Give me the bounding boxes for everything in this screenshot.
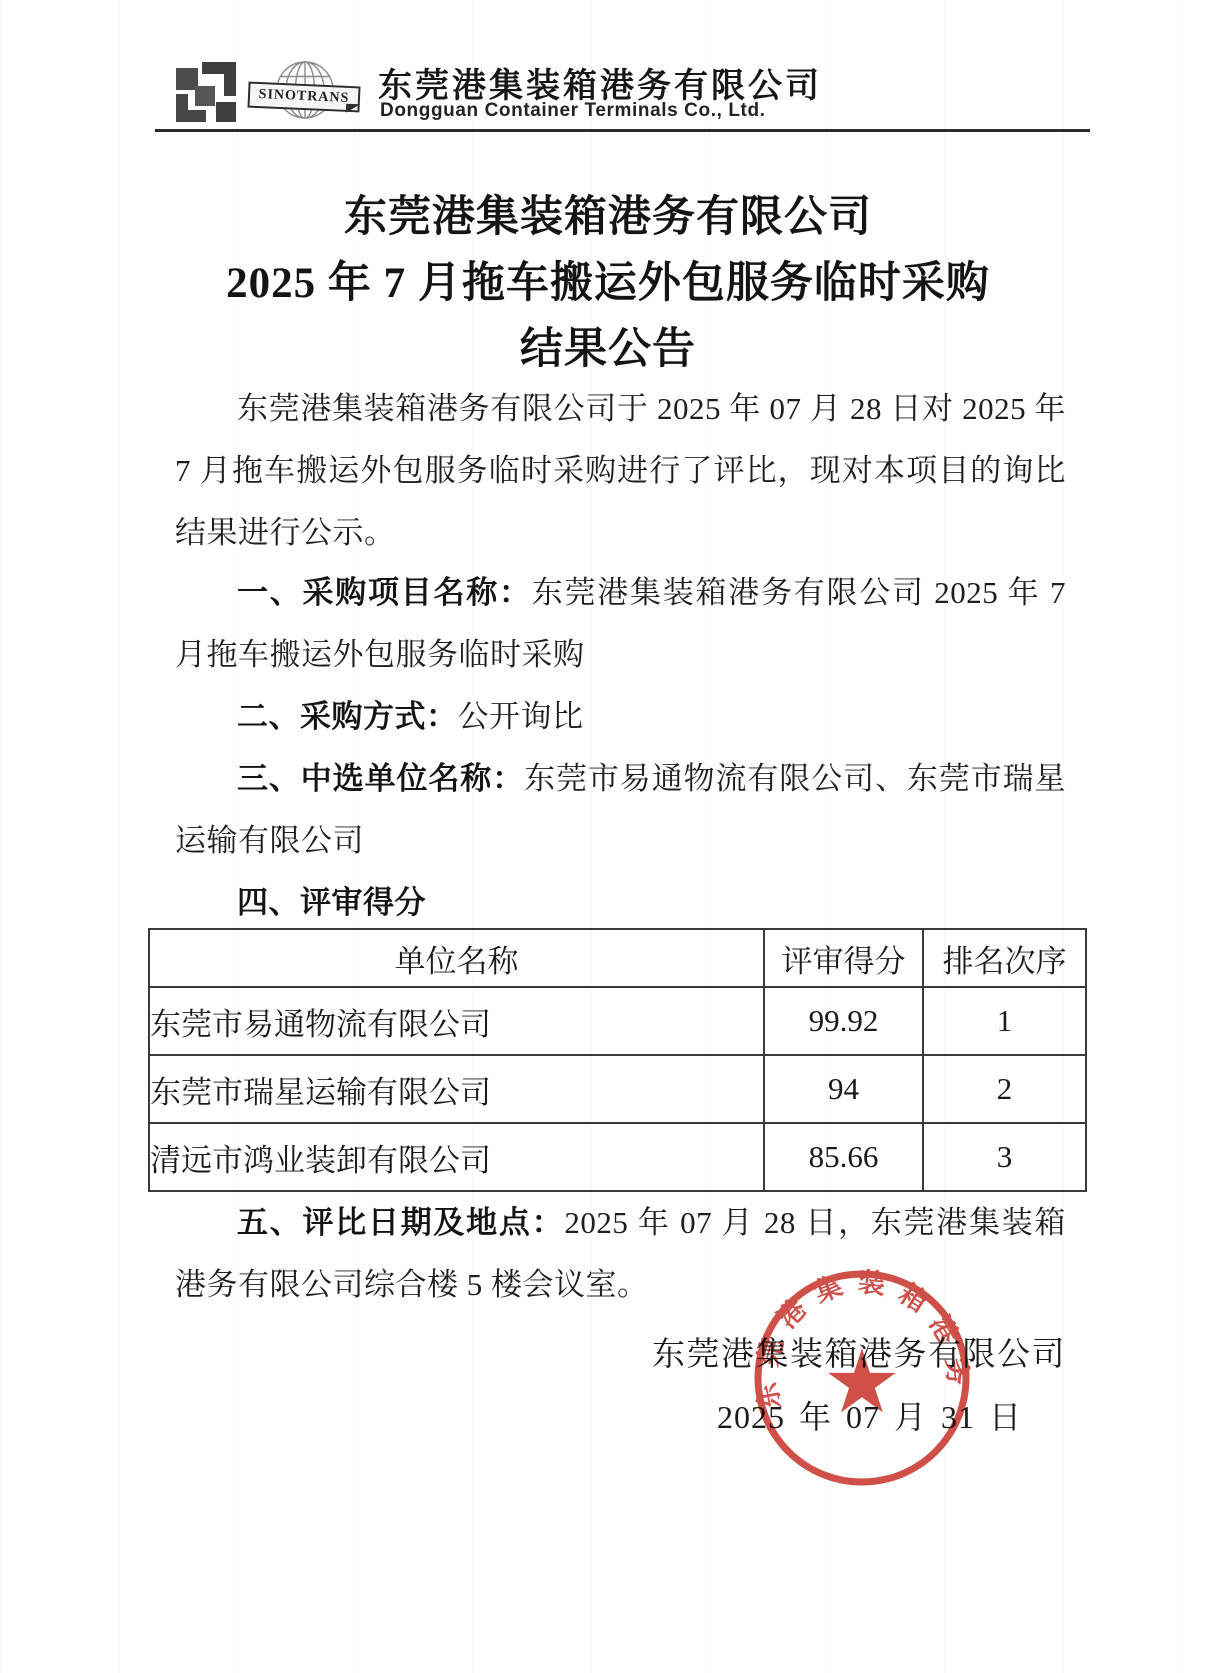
cell-rank-1: 1: [923, 987, 1086, 1055]
col-header-company: 单位名称: [149, 929, 764, 987]
section-winning-bidders: 三、中选单位名称：东莞市易通物流有限公司、东莞市瑞星运输有限公司: [175, 748, 1066, 872]
table-row: 清远市鸿业装卸有限公司 85.66 3: [149, 1123, 1086, 1191]
official-seal: 东莞港集装箱港务有限公司 ★: [746, 1262, 978, 1494]
letterhead-company-en: Dongguan Container Terminals Co., Ltd.: [380, 100, 766, 122]
seal-star-icon: ★: [823, 1330, 902, 1433]
cell-score-2: 94: [764, 1055, 923, 1123]
cell-rank-2: 2: [923, 1055, 1086, 1123]
letterhead-divider: [155, 129, 1090, 132]
sinotrans-blocks-icon: [172, 62, 238, 126]
cell-company-1: 东莞市易通物流有限公司: [149, 987, 764, 1055]
document-title: 东莞港集装箱港务有限公司 2025 年 7 月拖车搬运外包服务临时采购 结果公告: [150, 185, 1066, 383]
col-header-rank: 排名次序: [923, 929, 1086, 987]
score-table: 单位名称 评审得分 排名次序 东莞市易通物流有限公司 99.92 1 东莞市瑞星…: [148, 928, 1087, 1192]
cell-rank-3: 3: [923, 1123, 1086, 1191]
cell-score-3: 85.66: [764, 1123, 923, 1191]
cell-company-3: 清远市鸿业装卸有限公司: [149, 1123, 764, 1191]
section-review-scores: 四、评审得分: [175, 872, 1066, 934]
sinotrans-banner-label: SINOTRANS: [258, 87, 349, 107]
section-1-label: 一、采购项目名称：: [237, 575, 532, 610]
table-header-row: 单位名称 评审得分 排名次序: [149, 929, 1086, 987]
section-2-text: 公开询比: [458, 699, 584, 734]
section-procurement-method: 二、采购方式：公开询比: [175, 686, 1066, 748]
intro-paragraph: 东莞港集装箱港务有限公司于 2025 年 07 月 28 日对 2025 年 7…: [175, 378, 1066, 564]
section-2-label: 二、采购方式：: [237, 699, 458, 734]
title-line-3: 结果公告: [150, 317, 1066, 383]
letterhead: SINOTRANS 东莞港集装箱港务有限公司 Dongguan Containe…: [150, 52, 1090, 128]
banner-fold-icon: [346, 104, 360, 114]
section-3-label: 三、中选单位名称：: [237, 761, 524, 796]
section-5-label: 五、评比日期及地点：: [237, 1205, 564, 1240]
table-row: 东莞市易通物流有限公司 99.92 1: [149, 987, 1086, 1055]
document-page: SINOTRANS 东莞港集装箱港务有限公司 Dongguan Containe…: [0, 0, 1216, 1673]
section-project-name: 一、采购项目名称：东莞港集装箱港务有限公司 2025 年 7 月拖车搬运外包服务…: [175, 562, 1066, 686]
sinotrans-banner: SINOTRANS: [247, 82, 360, 113]
cell-score-1: 99.92: [764, 987, 923, 1055]
title-line-1: 东莞港集装箱港务有限公司: [150, 185, 1066, 251]
section-4-label: 四、评审得分: [237, 885, 426, 920]
table-row: 东莞市瑞星运输有限公司 94 2: [149, 1055, 1086, 1123]
cell-company-2: 东莞市瑞星运输有限公司: [149, 1055, 764, 1123]
title-line-2: 2025 年 7 月拖车搬运外包服务临时采购: [150, 251, 1066, 317]
col-header-score: 评审得分: [764, 929, 923, 987]
